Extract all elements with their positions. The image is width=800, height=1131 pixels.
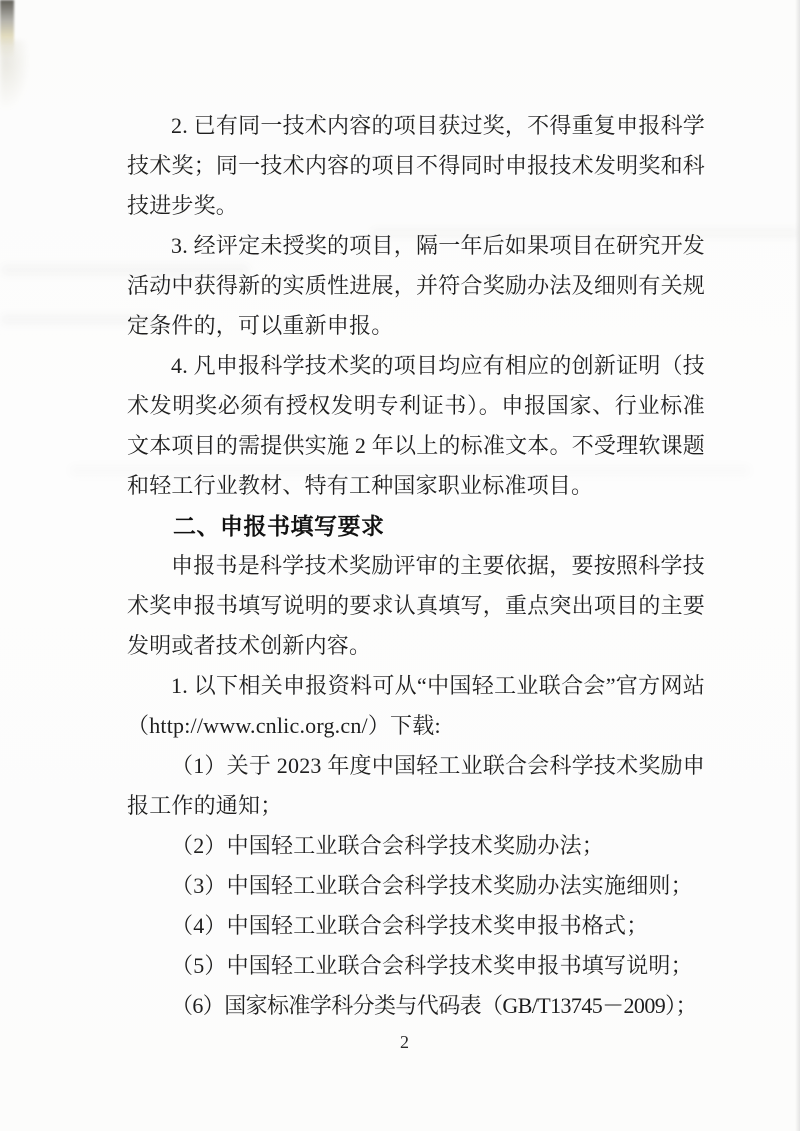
paragraph-item-4: 4. 凡申报科学技术奖的项目均应有相应的创新证明（技术发明奖必须有授权发明专利证… bbox=[127, 346, 705, 506]
list-item-3-implementation-rules: （3）中国轻工业联合会科学技术奖励办法实施细则； bbox=[127, 866, 705, 906]
list-item-6-discipline-code-table: （6）国家标准学科分类与代码表（GB/T13745－2009）； bbox=[127, 986, 705, 1026]
paragraph-download-intro: 1. 以下相关申报资料可从“中国轻工业联合会”官方网站（http://www.c… bbox=[127, 666, 705, 746]
list-item-2-award-measures: （2）中国轻工业联合会科学技术奖励办法； bbox=[127, 826, 705, 866]
paragraph-item-3: 3. 经评定未授奖的项目，隔一年后如果项目在研究开发活动中获得新的实质性进展，并… bbox=[127, 226, 705, 346]
scanned-document-page: 2. 已有同一技术内容的项目获过奖，不得重复申报科学技术奖；同一技术内容的项目不… bbox=[0, 0, 800, 1131]
scan-artifact-right-edge bbox=[795, 0, 800, 1131]
list-item-5-filling-instructions: （5）中国轻工业联合会科学技术奖申报书填写说明； bbox=[127, 946, 705, 986]
list-item-1-notice: （1）关于 2023 年度中国轻工业联合会科学技术奖励申报工作的通知； bbox=[127, 746, 705, 826]
scan-artifact-corner-halo bbox=[0, 40, 30, 110]
section-heading-filling-requirements: 二、申报书填写要求 bbox=[127, 506, 705, 546]
page-number: 2 bbox=[400, 1030, 409, 1054]
paragraph-filling-basis: 申报书是科学技术奖励评审的主要依据，要按照科学技术奖申报书填写说明的要求认真填写… bbox=[127, 546, 705, 666]
list-item-4-application-format: （4）中国轻工业联合会科学技术奖申报书格式； bbox=[127, 906, 705, 946]
document-body: 2. 已有同一技术内容的项目获过奖，不得重复申报科学技术奖；同一技术内容的项目不… bbox=[127, 0, 705, 1026]
paragraph-item-2: 2. 已有同一技术内容的项目获过奖，不得重复申报科学技术奖；同一技术内容的项目不… bbox=[127, 106, 705, 226]
